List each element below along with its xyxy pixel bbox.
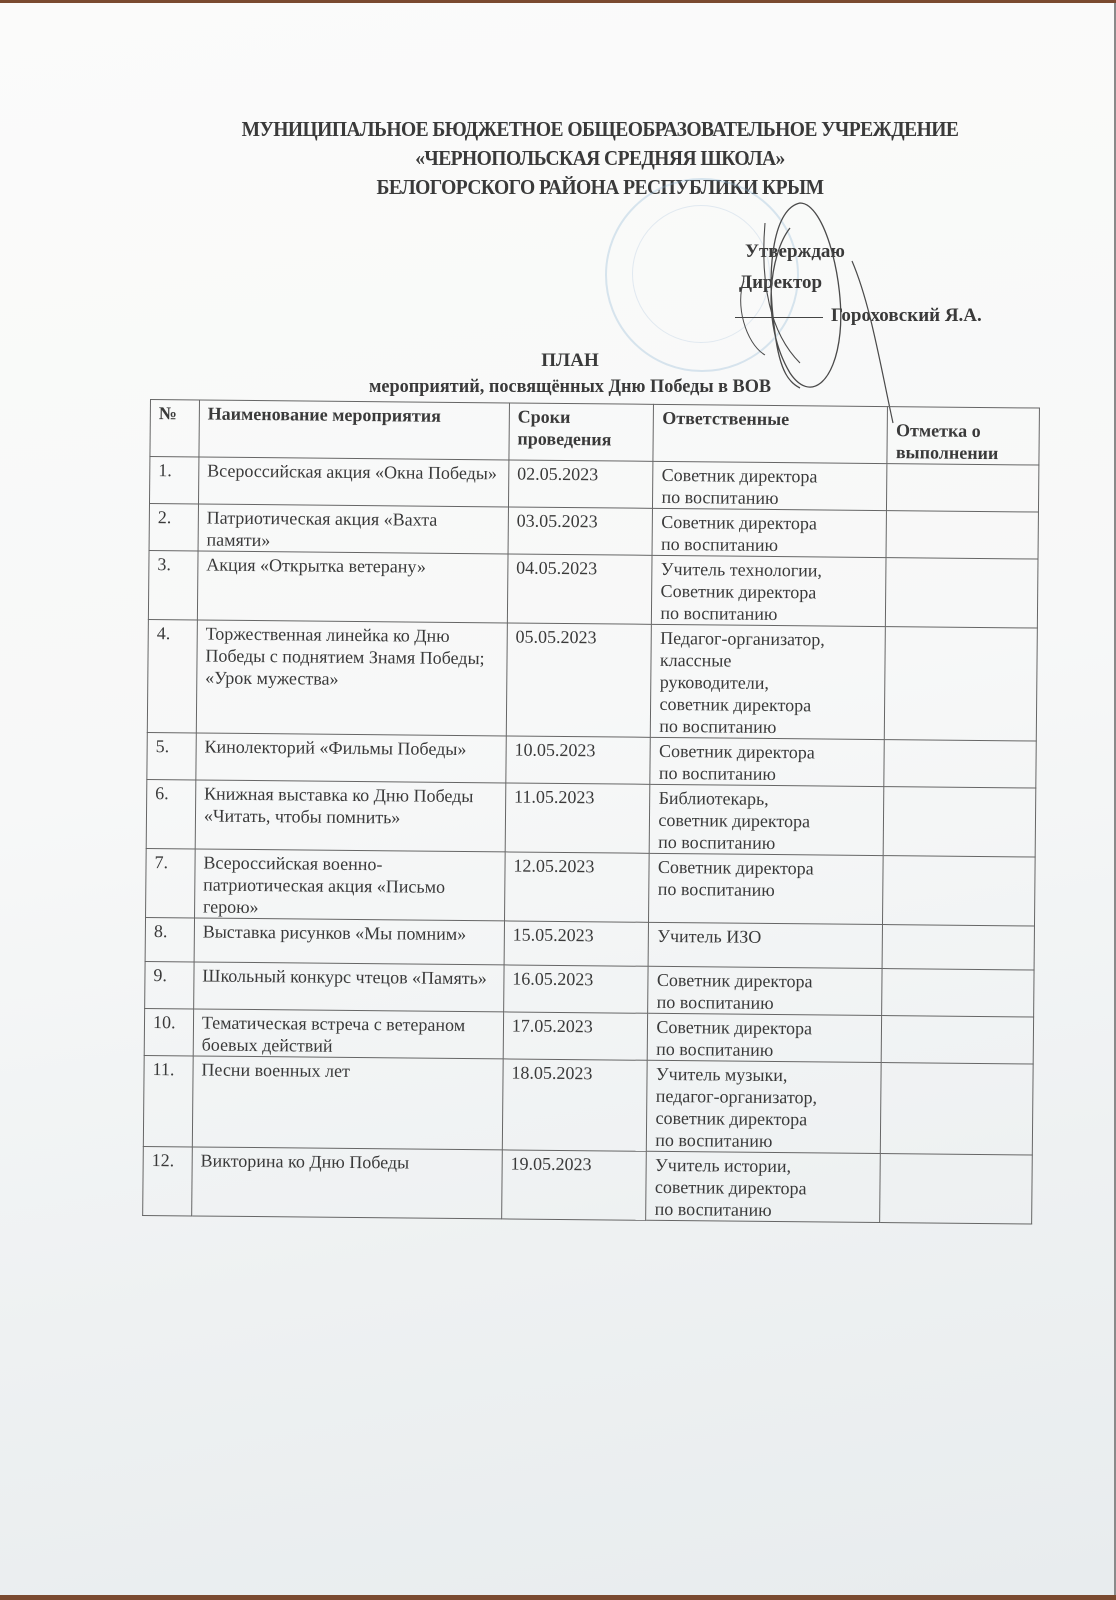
table-row: 11.Песни военных лет18.05.2023Учитель му…: [143, 1055, 1033, 1155]
event-responsible: Советник директора по воспитанию: [648, 1013, 882, 1062]
header-name: Наименование мероприятия: [199, 400, 510, 460]
header-date: Сроки проведения: [509, 403, 654, 461]
row-num: 4.: [147, 619, 197, 732]
event-name: Книжная выставка ко Дню Победы «Читать, …: [195, 780, 506, 852]
row-num: 7.: [146, 848, 196, 917]
header-mark: Отметка о выполнении: [887, 407, 1039, 465]
event-mark: [882, 925, 1034, 970]
event-mark: [886, 558, 1038, 628]
header-line-3: БЕЛОГОРСКОГО РАЙОНА РЕСПУБЛИКИ КРЫМ: [182, 173, 1019, 202]
event-responsible: Учитель музыки, педагог-организатор, сов…: [647, 1060, 882, 1153]
event-responsible: Советник директора по воспитанию: [650, 737, 884, 786]
event-date: 02.05.2023: [508, 460, 653, 508]
row-num: 3.: [148, 550, 198, 619]
event-name: Торжественная линейка ко Дню Победы с по…: [196, 620, 507, 736]
event-name: Кинолекторий «Фильмы Победы»: [196, 733, 506, 783]
table-row: 4.Торжественная линейка ко Дню Победы с …: [147, 619, 1037, 741]
event-responsible: Советник директора по воспитанию: [652, 508, 886, 557]
event-date: 03.05.2023: [508, 507, 653, 555]
event-mark: [883, 856, 1035, 926]
table-row: 3.Акция «Открытка ветерану»04.05.2023Учи…: [148, 550, 1038, 628]
event-name: Школьный конкурс чтецов «Память»: [194, 962, 504, 1012]
event-mark: [884, 787, 1036, 857]
table-row: 2.Патриотическая акция «Вахта памяти»03.…: [149, 504, 1038, 560]
event-responsible: Советник директора по воспитанию: [648, 966, 882, 1015]
event-date: 15.05.2023: [504, 921, 649, 966]
event-date: 10.05.2023: [506, 736, 651, 784]
header-responsible: Ответственные: [653, 404, 887, 463]
event-mark: [880, 1154, 1032, 1224]
event-name: Акция «Открытка ветерану»: [197, 551, 508, 623]
event-name: Викторина ко Дню Победы: [192, 1147, 503, 1219]
row-num: 1.: [149, 457, 198, 504]
table-row: 5.Кинолекторий «Фильмы Победы»10.05.2023…: [147, 732, 1036, 788]
event-date: 17.05.2023: [503, 1012, 648, 1060]
row-num: 6.: [146, 779, 196, 848]
event-date: 05.05.2023: [506, 623, 652, 737]
row-num: 10.: [144, 1008, 193, 1055]
event-responsible: Советник директора по воспитанию: [653, 461, 887, 510]
institution-header: МУНИЦИПАЛЬНОЕ БЮДЖЕТНОЕ ОБЩЕОБРАЗОВАТЕЛЬ…: [182, 115, 1019, 202]
event-date: 19.05.2023: [501, 1150, 646, 1220]
table-row: 6.Книжная выставка ко Дню Победы «Читать…: [146, 779, 1036, 857]
events-table: № Наименование мероприятия Сроки проведе…: [142, 399, 1040, 1225]
approve-label: Утверждаю: [745, 241, 845, 262]
event-date: 12.05.2023: [504, 852, 649, 922]
table-row: 7.Всероссийская военно-патриотическая ак…: [146, 848, 1036, 926]
table-row: 9.Школьный конкурс чтецов «Память»16.05.…: [145, 961, 1034, 1017]
event-date: 18.05.2023: [502, 1059, 647, 1151]
row-num: 5.: [147, 732, 196, 779]
event-name: Всероссийская акция «Окна Победы»: [198, 457, 508, 507]
row-num: 8.: [145, 917, 194, 961]
event-mark: [882, 969, 1034, 1017]
event-mark: [887, 464, 1039, 512]
event-name: Песни военных лет: [192, 1056, 503, 1150]
event-responsible: Учитель ИЗО: [649, 922, 883, 968]
event-name: Выставка рисунков «Мы помним»: [194, 918, 504, 965]
event-name: Всероссийская военно-патриотическая акци…: [194, 849, 505, 921]
event-mark: [881, 1063, 1034, 1155]
row-num: 12.: [143, 1146, 193, 1215]
event-mark: [886, 511, 1038, 559]
event-mark: [884, 740, 1036, 788]
event-date: 11.05.2023: [505, 783, 650, 853]
event-responsible: Учитель истории, советник директора по в…: [646, 1151, 881, 1222]
event-name: Тематическая встреча с ветераном боевых …: [193, 1009, 503, 1059]
event-name: Патриотическая акция «Вахта памяти»: [198, 504, 508, 554]
table-row: 10.Тематическая встреча с ветераном боев…: [144, 1008, 1033, 1064]
plan-title: ПЛАН: [150, 348, 990, 373]
table-row: 1.Всероссийская акция «Окна Победы»02.05…: [149, 457, 1038, 513]
approval-block: Утверждаю Директор Гороховский Я.А.: [745, 236, 982, 331]
header-num: №: [150, 400, 199, 457]
event-date: 04.05.2023: [507, 554, 652, 624]
signature-line: [735, 317, 823, 318]
row-num: 9.: [145, 961, 194, 1008]
event-responsible: Педагог-организатор, классные руководите…: [651, 624, 886, 739]
header-line-2: «ЧЕРНОПОЛЬСКАЯ СРЕДНЯЯ ШКОЛА»: [182, 144, 1019, 173]
event-mark: [885, 627, 1038, 741]
director-name: Гороховский Я.А.: [831, 305, 982, 326]
event-date: 16.05.2023: [503, 965, 648, 1013]
scanned-page: МУНИЦИПАЛЬНОЕ БЮДЖЕТНОЕ ОБЩЕОБРАЗОВАТЕЛЬ…: [0, 3, 1116, 1595]
row-num: 11.: [143, 1055, 193, 1146]
director-label: Директор: [739, 267, 982, 298]
event-responsible: Библиотекарь, советник директора по восп…: [650, 784, 885, 855]
table-row: 12.Викторина ко Дню Победы19.05.2023Учит…: [143, 1146, 1033, 1224]
event-responsible: Советник директора по воспитанию: [649, 853, 884, 924]
header-line-1: МУНИЦИПАЛЬНОЕ БЮДЖЕТНОЕ ОБЩЕОБРАЗОВАТЕЛЬ…: [182, 115, 1019, 144]
event-responsible: Учитель технологии, Советник директора п…: [652, 555, 887, 626]
plan-subtitle: мероприятий, посвящённых Дню Победы в ВО…: [167, 374, 973, 399]
event-mark: [882, 1016, 1034, 1064]
table-header-row: № Наименование мероприятия Сроки проведе…: [150, 400, 1040, 466]
row-num: 2.: [149, 504, 198, 551]
